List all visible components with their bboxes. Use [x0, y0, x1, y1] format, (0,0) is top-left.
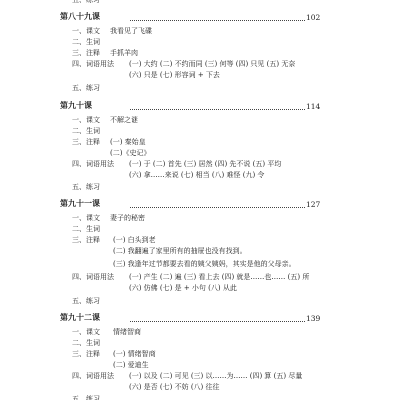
- exercise-label: 五、练习: [72, 84, 100, 93]
- note-item: (二)《史记》: [110, 149, 150, 158]
- text-label: 一、课文: [72, 116, 100, 125]
- note-item: (一) 秦始皇: [110, 138, 146, 147]
- note-item: (三) 我逢年过节都要去看的姨父姨妈，其实是他的父母亲。: [113, 260, 296, 269]
- text-value: 不解之谜: [110, 116, 138, 125]
- usage-label: 四、词语用法: [72, 60, 114, 69]
- leader-dots: [130, 19, 305, 21]
- text-label: 一、课文: [72, 27, 100, 36]
- vocab-label: 二、生词: [72, 38, 100, 47]
- page-number: 127: [306, 200, 320, 209]
- note-item: (一) 白头到老: [113, 236, 156, 245]
- text-label: 一、课文: [72, 328, 100, 337]
- table-of-contents-page: 五、练习 第八十九课 102 一、课文 我看见了飞碟 二、生词 三、注释 手抓羊…: [0, 0, 400, 400]
- vocab-label: 二、生词: [72, 127, 100, 136]
- leader-dots: [130, 108, 305, 110]
- usage-line: (一) 产生 (二) 遍 (三) 看上去 (四) 就是……也…… (五) 所: [129, 273, 309, 282]
- exercise-label: 五、练习: [72, 0, 100, 5]
- usage-label: 四、词语用法: [72, 160, 114, 169]
- usage-line: (一) 大约 (二) 不约而同 (三) 何等 (四) 只见 (五) 无奈: [129, 60, 295, 69]
- page-number: 114: [306, 102, 320, 111]
- note-item: (二) 爱迪生: [113, 361, 149, 370]
- page-number: 102: [306, 13, 320, 22]
- notes-label: 三、注释: [72, 138, 100, 147]
- usage-line: (六) 是否 (七) 不妨 (八) 往往: [129, 383, 220, 392]
- notes-label: 三、注释: [72, 350, 100, 359]
- lesson-title: 第九十一课: [60, 199, 100, 208]
- usage-label: 四、词语用法: [72, 372, 114, 381]
- exercise-label: 五、练习: [72, 183, 100, 192]
- vocab-label: 二、生词: [72, 225, 100, 234]
- page-number: 139: [306, 314, 320, 323]
- lesson-title: 第九十二课: [60, 313, 100, 322]
- note-item: 手抓羊肉: [110, 49, 138, 58]
- usage-line: (六) 仿佛 (七) 是 + 小句 (八) 从此: [129, 284, 237, 293]
- leader-dots: [130, 206, 305, 208]
- exercise-label: 五、练习: [72, 395, 100, 400]
- lesson-title: 第九十课: [60, 101, 92, 110]
- note-item: (二) 我翻遍了家里所有的抽屉也没有找到。: [113, 247, 247, 256]
- text-label: 一、课文: [72, 214, 100, 223]
- text-value: 妻子的秘密: [110, 214, 145, 223]
- usage-line: (六) 只是 (七) 形容词 + 下去: [129, 71, 220, 80]
- usage-label: 四、词语用法: [72, 273, 114, 282]
- text-value: 情绪智商: [113, 328, 141, 337]
- text-value: 我看见了飞碟: [110, 27, 152, 36]
- vocab-label: 二、生词: [72, 339, 100, 348]
- exercise-label: 五、练习: [72, 297, 100, 306]
- lesson-title: 第八十九课: [60, 12, 100, 21]
- leader-dots: [130, 320, 305, 322]
- notes-label: 三、注释: [72, 49, 100, 58]
- notes-label: 三、注释: [72, 236, 100, 245]
- usage-line: (六) 拿……来说 (七) 相当 (八) 难怪 (九) 令: [129, 171, 264, 180]
- usage-line: (一) 以及 (二) 可见 (三) 以……为…… (四) 算 (五) 尽量: [129, 372, 302, 381]
- usage-line: (一) 于 (二) 首先 (三) 居然 (四) 先不说 (五) 平均: [129, 160, 281, 169]
- note-item: (一) 情绪智商: [113, 350, 156, 359]
